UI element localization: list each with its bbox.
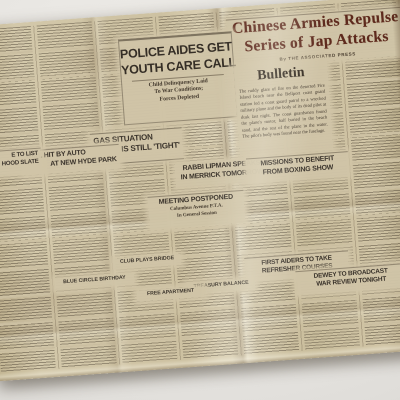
photo-light-sheen xyxy=(0,0,400,381)
photo-backdrop: { "colors": { "backdrop": "#e8e6e2", "pa… xyxy=(0,0,400,400)
newspaper-sheet: Chinese Armies Repulse Series of Jap Att… xyxy=(0,0,400,381)
